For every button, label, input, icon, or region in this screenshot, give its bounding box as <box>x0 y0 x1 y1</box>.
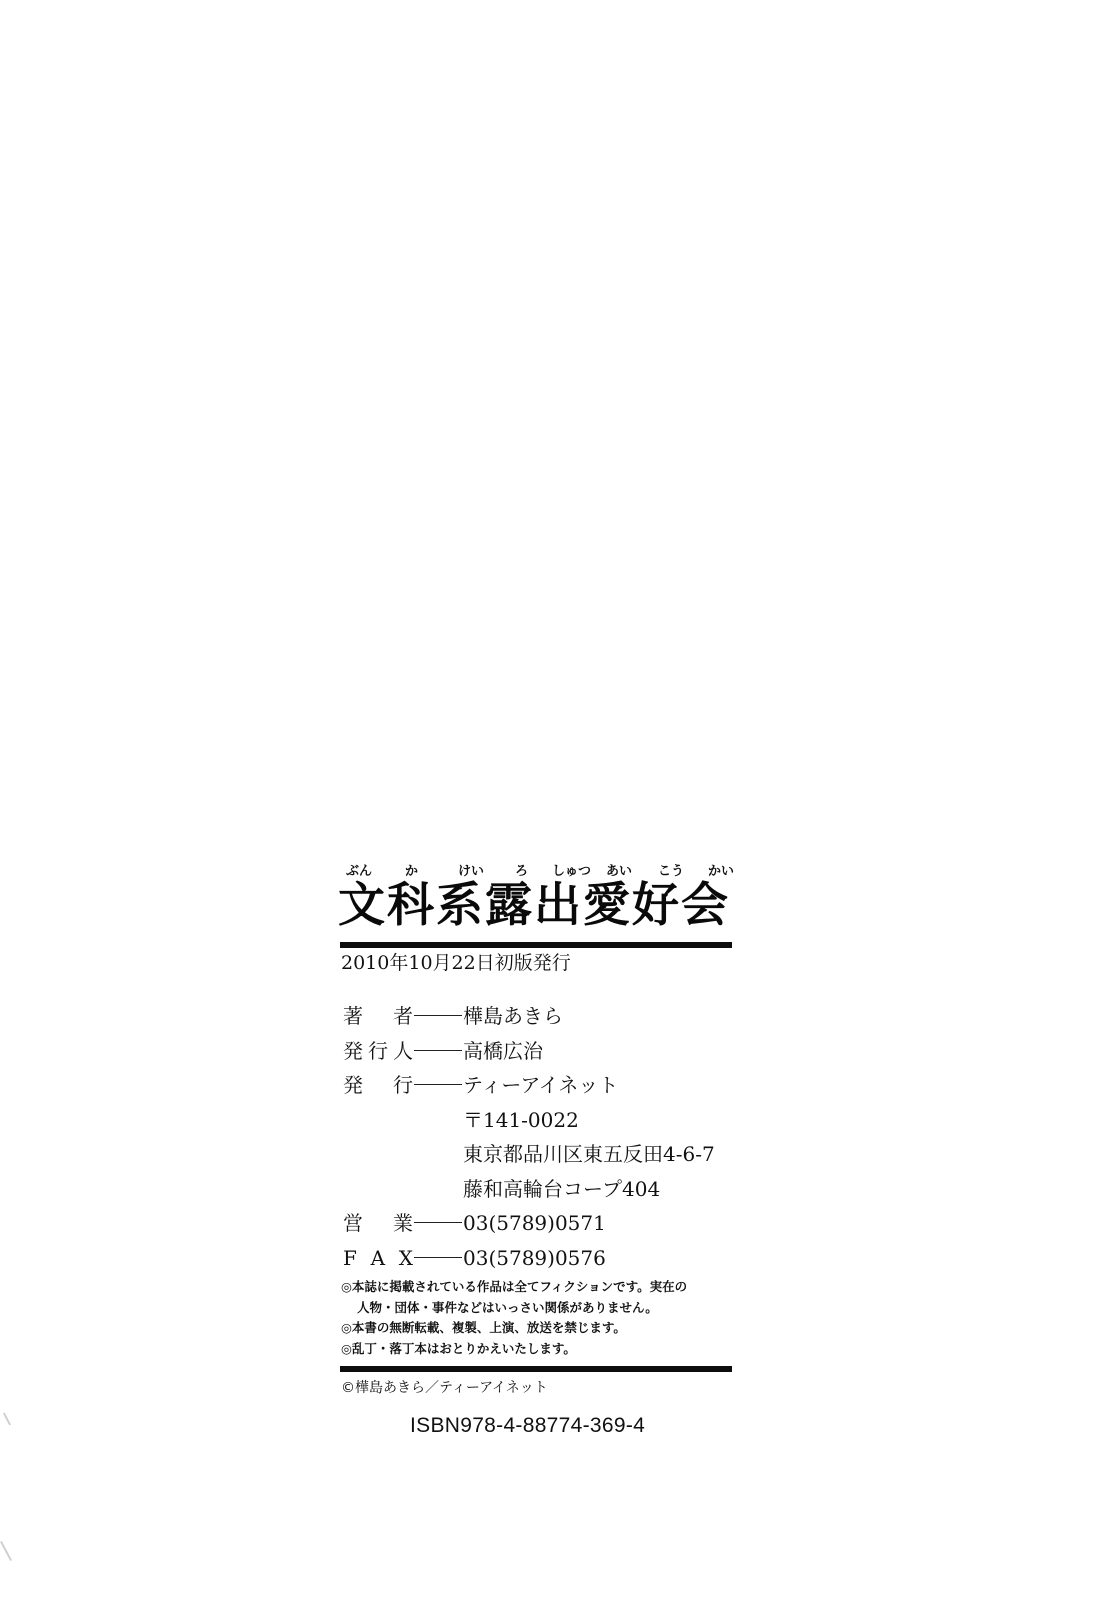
credit-label: F A X <box>343 1241 413 1276</box>
note-text: 本書の無断転載、複製、上演、放送を禁じます。 <box>352 1320 626 1335</box>
credit-label: 営 業 <box>343 1206 413 1241</box>
double-circle-bullet-icon: ◎ <box>341 1341 352 1356</box>
title-furigana: ぶん か けい ろ しゅつ あい こう かい <box>338 858 738 878</box>
dash-separator <box>414 1084 462 1085</box>
contact-sales: 営 業 03(5789)0571 <box>343 1206 738 1241</box>
label-char: 発 <box>343 1068 363 1103</box>
credit-label: 著 者 <box>343 999 413 1034</box>
furigana-1: か <box>405 860 418 879</box>
note-fiction: ◎本誌に掲載されている作品は全てフィクションです。実在の 人物・団体・事件などは… <box>341 1277 738 1318</box>
fax-number: 03(5789)0576 <box>463 1241 606 1276</box>
publisher-person-name: 高橋広治 <box>463 1034 543 1069</box>
dash-separator <box>414 1050 462 1051</box>
furigana-3: ろ <box>515 860 528 879</box>
note-defects: ◎乱丁・落丁本はおとりかえいたします。 <box>341 1339 738 1360</box>
label-char: 者 <box>393 999 413 1034</box>
furigana-6: こう <box>658 860 684 879</box>
sales-phone: 03(5789)0571 <box>463 1206 606 1241</box>
postal-code: 〒141-0022 <box>343 1103 738 1138</box>
note-text: 本誌に掲載されている作品は全てフィクションです。実在の <box>352 1279 687 1294</box>
note-text: 乱丁・落丁本はおとりかえいたします。 <box>352 1341 576 1356</box>
label-char: 人 <box>393 1034 413 1069</box>
double-circle-bullet-icon: ◎ <box>341 1320 352 1335</box>
address-line-2: 藤和高輪台コープ404 <box>343 1172 738 1207</box>
double-circle-bullet-icon: ◎ <box>341 1279 352 1294</box>
furigana-5: あい <box>606 860 632 879</box>
contact-fax: F A X 03(5789)0576 <box>343 1241 738 1276</box>
scan-artifact-mark <box>3 1412 11 1425</box>
publication-date: 2010年10月22日初版発行 <box>341 951 738 975</box>
label-char: 著 <box>343 999 363 1034</box>
dash-separator <box>414 1222 462 1223</box>
publisher-name: ティーアイネット <box>463 1068 618 1103</box>
label-char: F <box>343 1241 357 1276</box>
book-title: 文科系露出愛好会 <box>338 878 738 934</box>
credit-publisher-person: 発 行 人 高橋広治 <box>343 1034 738 1069</box>
dash-separator <box>414 1015 462 1016</box>
address-line-1: 東京都品川区東五反田4-6-7 <box>343 1137 738 1172</box>
label-char: 発 <box>343 1034 363 1069</box>
label-char: 行 <box>393 1068 413 1103</box>
label-char: 行 <box>368 1034 388 1069</box>
top-rule-divider <box>340 942 732 948</box>
label-char: 営 <box>343 1206 363 1241</box>
colophon: ぶん か けい ろ しゅつ あい こう かい 文科系露出愛好会 2010年10月… <box>338 858 738 1439</box>
credit-publisher: 発 行 ティーアイネット <box>343 1068 738 1103</box>
note-reproduction: ◎本書の無断転載、複製、上演、放送を禁じます。 <box>341 1318 738 1339</box>
furigana-4: しゅつ <box>552 860 591 879</box>
credits-block: 著 者 樺島あきら 発 行 人 高橋広治 発 行 ティーアイネット 〒141-0… <box>343 999 738 1275</box>
furigana-2: けい <box>458 860 484 879</box>
label-char: A <box>371 1241 385 1276</box>
credit-label: 発 行 <box>343 1068 413 1103</box>
dash-separator <box>414 1257 462 1258</box>
copyright-notice: ©樺島あきら／ティーアイネット <box>341 1377 738 1399</box>
bottom-rule-divider <box>340 1366 732 1372</box>
note-text-continuation: 人物・団体・事件などはいっさい関係がありません。 <box>341 1298 738 1319</box>
credit-label: 発 行 人 <box>343 1034 413 1069</box>
isbn-number: ISBN978-4-88774-369-4 <box>410 1413 738 1439</box>
scan-artifact-mark <box>0 1541 12 1561</box>
label-char: 業 <box>393 1206 413 1241</box>
author-name: 樺島あきら <box>463 999 563 1034</box>
legal-notes: ◎本誌に掲載されている作品は全てフィクションです。実在の 人物・団体・事件などは… <box>341 1277 738 1359</box>
label-char: X <box>399 1241 413 1276</box>
furigana-7: かい <box>708 860 734 879</box>
furigana-0: ぶん <box>346 860 372 879</box>
credit-author: 著 者 樺島あきら <box>343 999 738 1034</box>
